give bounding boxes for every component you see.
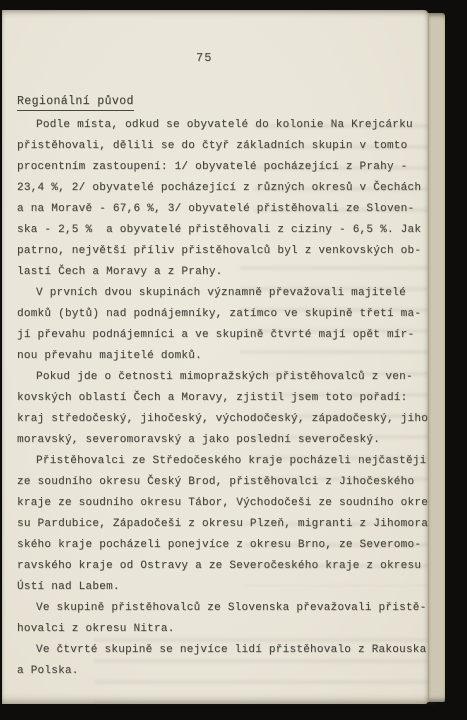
text-line: moravský, severomoravský a jako poslední… (17, 430, 422, 451)
text-line: patrno, největší příliv přistěhovalců by… (17, 241, 422, 262)
text-line: Ve čtvrté skupině se nejvíce lidí přistě… (17, 640, 422, 661)
page-number: 75 (196, 51, 212, 65)
text-line: jí převahu podnájemníci a ve skupině čtv… (17, 325, 422, 346)
text-line: přistěhovali, dělili se do čtyř základní… (17, 136, 422, 157)
text-line: Přistěhovalci ze Středočeského kraje poc… (17, 451, 422, 472)
text-line: ravského kraje od Ostravy a ze Severočes… (17, 556, 422, 577)
text-line: ského kraje pocházeli ponejvíce z okresu… (17, 535, 422, 556)
text-line: Podle místa, odkud se obyvatelé do kolon… (17, 115, 422, 136)
text-line: Ve skupině přistěhovalců ze Slovenska př… (17, 598, 422, 619)
text-line: Pokud jde o četnosti mimopražských přist… (17, 367, 422, 388)
text-line: kraj středočeský, jihočeský, východočesk… (17, 409, 422, 430)
text-line: ska - 2,5 % a obyvatelé přistěhovali z c… (17, 220, 422, 241)
text-line: lastí Čech a Moravy a z Prahy. (17, 262, 422, 283)
text-line: kraje ze soudního okresu Tábor, Východoč… (17, 493, 422, 514)
text-block: Podle místa, odkud se obyvatelé do kolon… (17, 115, 422, 682)
section-heading: Regionální původ (17, 95, 134, 111)
text-line: hovalci z okresu Nitra. (17, 619, 422, 640)
text-line: 23,4 %, 2/ obyvatelé pocházející z různý… (17, 178, 422, 199)
text-line: ze soudního okresu Český Brod, přistěhov… (17, 472, 422, 493)
book-page-edges (428, 13, 445, 702)
text-line: V prvních dvou skupinách významně převaž… (17, 283, 422, 304)
text-line: a Polska. (17, 661, 422, 682)
text-line: su Pardubice, Západočeši z okresu Plzeň,… (17, 514, 422, 535)
text-line: procentním zastoupení: 1/ obyvatelé poch… (17, 157, 422, 178)
book-page: 75 Regionální původ Podle místa, odkud s… (2, 10, 428, 704)
text-line: Ústí nad Labem. (17, 577, 422, 598)
text-line: domků (bytů) nad podnájemníky, zatímco v… (17, 304, 422, 325)
text-line: a na Moravě - 67,6 %, 3/ obyvatelé přist… (17, 199, 422, 220)
text-line: kovských oblastí Čech a Moravy, zjistil … (17, 388, 422, 409)
scanned-document: { "page": { "number": "75", "heading": "… (0, 0, 467, 720)
text-line: nou převahu majitelé domků. (17, 346, 422, 367)
